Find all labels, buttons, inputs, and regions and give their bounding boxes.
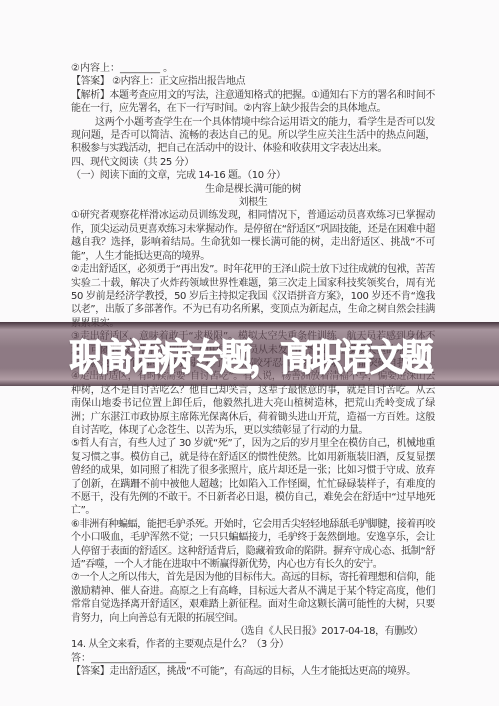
- comment-paragraph: 这两个小题考查学生在一个具体情境中综合运用语文的能力，看学生是否可以发现问题，是…: [71, 116, 435, 156]
- answer-blank-line: 答：___________________: [71, 652, 435, 665]
- banner-title: 职高语病专题，高职语文题: [69, 328, 430, 381]
- passage-title: 生命是棵长满可能的树: [71, 183, 435, 196]
- analysis-line: 【解析】本题考查应用文的写法，注意通知格式的把握。①通知右下方的署名和时间不能在…: [71, 89, 435, 116]
- passage-paragraph-6: ⑥非洲有种蝙蝠，能把毛驴杀死。开始时，它会用舌尖轻轻地舔舐毛驴脚腱，接着再咬个小…: [71, 518, 435, 572]
- passage-author: 刘根生: [71, 196, 435, 209]
- section-heading: 四、现代文阅读（共 25 分）: [71, 156, 435, 169]
- passage-paragraph-2: ②走出舒适区，必须勇于“再出发”。时年花甲的王泽山院士放下过往成就的包袱，苦苦实…: [71, 263, 435, 330]
- source-attribution: （选自《人民日报》2017-04-18，有删改）: [71, 625, 435, 638]
- subsection-heading: （一）阅读下面的文章，完成 14-16 题。（10 分）: [71, 169, 435, 182]
- fill-blank-line: ②内容上：________ 。: [71, 62, 435, 75]
- overlay-caption-banner: 职高语病专题，高职语文题: [0, 322, 499, 386]
- passage-paragraph-1: ①研究者观察花样滑冰运动员训练发现，相同情况下，普通运动员喜欢练习已掌握动作，顶…: [71, 209, 435, 263]
- question-14: 14. 从全文来看，作者的主要观点是什么？（3 分）: [71, 638, 435, 651]
- answer-line: 【答案】 ②内容上：正文应指出报告地点: [71, 75, 435, 88]
- passage-paragraph-7: ⑦一个人之所以伟大，首先是因为他的目标伟大。高远的目标，寄托着理想和信仰，能激励…: [71, 571, 435, 625]
- passage-paragraph-5: ⑤哲人有言，有些人过了 30 岁就“死”了，因为之后的岁月里全在模仿自己，机械地…: [71, 437, 435, 517]
- final-answer-line: 【答案】走出舒适区，挑战“不可能”，有高远的目标，人生才能抵达更高的境界。: [71, 665, 435, 678]
- scanned-exam-page: ②内容上：________ 。 【答案】 ②内容上：正文应指出报告地点 【解析】…: [0, 0, 499, 706]
